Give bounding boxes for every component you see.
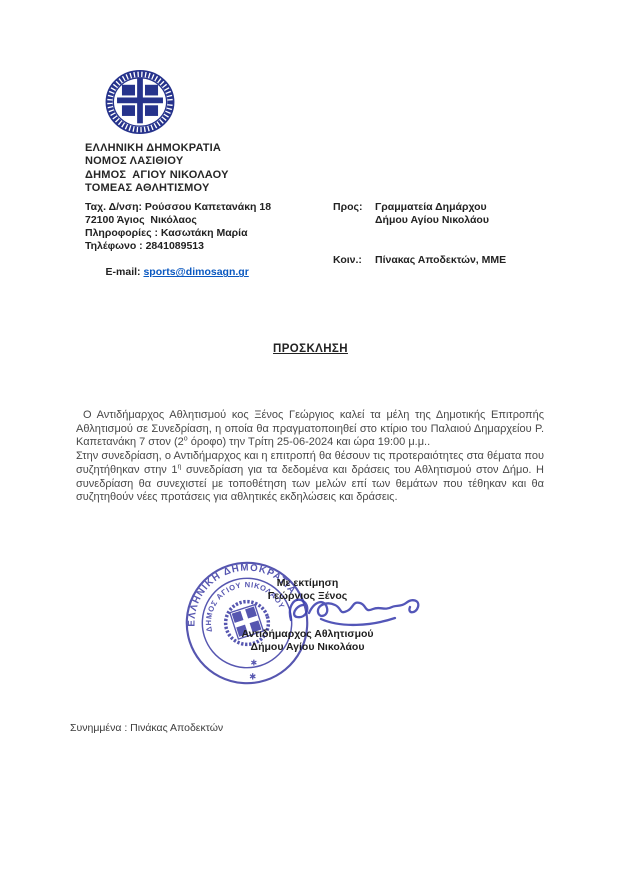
phone-number: Τηλέφωνο : 2841089513 <box>85 240 271 253</box>
body-paragraph-1: Ο Αντιδήμαρχος Αθλητισμού κος Ξένος Γεώρ… <box>76 409 544 450</box>
contact-block: Ταχ. Δ/νση: Ρούσσου Καπετανάκη 18 72100 … <box>85 201 271 293</box>
info-contact-person: Πληροφορίες : Κασωτάκη Μαρία <box>85 227 271 240</box>
handwritten-signature <box>283 586 435 636</box>
cc-recipients: Πίνακας Αποδεκτών, ΜΜΕ <box>375 254 506 267</box>
letterhead-line: ΝΟΜΟΣ ΛΑΣΙΘΙΟΥ <box>85 155 229 168</box>
to-line: Γραμματεία Δημάρχου <box>375 201 489 214</box>
email-label: E-mail: <box>106 266 144 278</box>
document-title: ΠΡΟΣΚΛΗΣΗ <box>0 343 621 355</box>
email-link[interactable]: sports@dimosagn.gr <box>143 266 248 278</box>
signer-municipality: Δήμου Αγίου Νικολάου <box>220 641 395 654</box>
postal-city: 72100 Άγιος Νικόλαος <box>85 214 271 227</box>
letterhead-line: ΕΛΛΗΝΙΚΗ ΔΗΜΟΚΡΑΤΙΑ <box>85 142 229 155</box>
attachments-note: Συνημμένα : Πινάκας Αποδεκτών <box>70 722 223 734</box>
document-page: ΕΛΛΗΝΙΚΗ ΔΗΜΟΚΡΑΤΙΑ ΝΟΜΟΣ ΛΑΣΙΘΙΟΥ ΔΗΜΟΣ… <box>0 0 621 896</box>
to-line: Δήμου Αγίου Νικολάου <box>375 214 489 227</box>
cross-shield-icon <box>117 77 163 123</box>
body-text: Ο Αντιδήμαρχος Αθλητισμού κος Ξένος Γεώρ… <box>76 409 544 505</box>
to-label: Προς: <box>333 201 375 227</box>
stamp-star-icon: ✱ <box>251 659 258 668</box>
letterhead: ΕΛΛΗΝΙΚΗ ΔΗΜΟΚΡΑΤΙΑ ΝΟΜΟΣ ΛΑΣΙΘΙΟΥ ΔΗΜΟΣ… <box>85 142 229 196</box>
letterhead-line: ΔΗΜΟΣ ΑΓΙΟΥ ΝΙΚΟΛΑΟΥ <box>85 169 229 182</box>
stamp-star-icon: ✱ <box>249 671 256 681</box>
letterhead-line: ΤΟΜΕΑΣ ΑΘΛΗΤΙΣΜΟΥ <box>85 182 229 195</box>
greek-republic-emblem-logo <box>99 64 181 140</box>
recipient-cc-block: Κοιν.: Πίνακας Αποδεκτών, ΜΜΕ <box>333 254 506 267</box>
recipient-to-block: Προς: Γραμματεία Δημάρχου Δήμου Αγίου Νι… <box>333 201 489 227</box>
body-paragraph-2: Στην συνεδρίαση, ο Αντιδήμαρχος και η επ… <box>76 450 544 505</box>
cc-label: Κοιν.: <box>333 254 375 267</box>
postal-address: Ταχ. Δ/νση: Ρούσσου Καπετανάκη 18 <box>85 201 271 214</box>
email-row: E-mail: sports@dimosagn.gr <box>85 253 271 292</box>
